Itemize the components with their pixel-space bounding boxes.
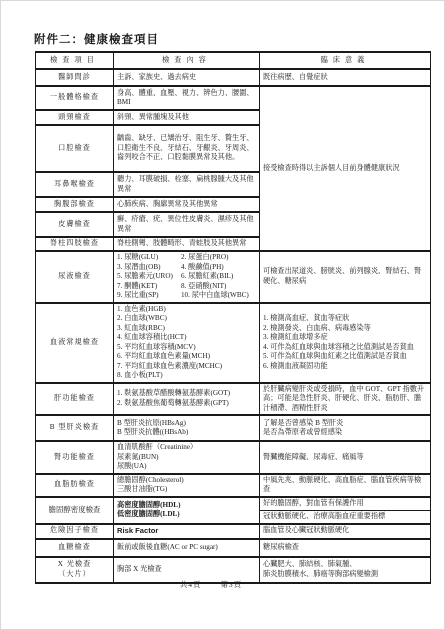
content-risk-factor: Risk Factor [114, 524, 260, 539]
content-head-neck: 斜頸、異常腫塊及其他 [114, 110, 260, 125]
row-label-hepatitis-b: B 型肝炎檢查 [36, 415, 114, 441]
content-liver-function: 1. 麩氨基酸草醋酸轉氨基酵素(GOT) 2. 麩氨基酸焦葡萄轉氨基酵素(GPT… [114, 383, 260, 416]
row-label-urine: 尿液檢查 [36, 251, 114, 303]
content-urine: 1. 尿糖(GLU)2. 尿蛋白(PRO) 3. 尿潛血(OB)4. 酸鹼值(P… [114, 251, 260, 303]
col-header-item: 檢查項目 [36, 52, 114, 69]
row-label-chest-abdomen: 胸腹部檢查 [36, 197, 114, 212]
row-label-ent: 耳鼻喉檢查 [36, 172, 114, 197]
table-row: 血糖檢查 飯前或飯後血糖(AC or PC sugar) 糖尿病檢查 [36, 539, 431, 557]
content-blood-lipid: 總膽固醇(Cholesterol) 三酸甘油脂(TG) [114, 474, 260, 497]
row-label-blood-routine: 血液常規檢查 [36, 303, 114, 383]
document-page: 附件二：健康檢查項目 檢查項目 檢查內容 臨床意義 醫師問診 主訴、家族史、過去… [0, 0, 445, 630]
col-header-content: 檢查內容 [114, 52, 260, 69]
row-label-blood-lipid: 血脂肪檢查 [36, 474, 114, 497]
content-blood-sugar: 飯前或飯後血糖(AC or PC sugar) [114, 539, 260, 557]
table-row: 醫師問診 主訴、家族史、過去病史 既往病歷、自覺症狀 [36, 69, 431, 86]
clinical-merged-physical-exams: 接受檢查時得以主訴個人目前身體健康狀況 [260, 86, 431, 251]
table-row: 尿液檢查 1. 尿糖(GLU)2. 尿蛋白(PRO) 3. 尿潛血(OB)4. … [36, 251, 431, 303]
clinical-renal-function: 腎臟機能障礙、尿毒症、痛風等 [260, 441, 431, 474]
health-check-table: 檢查項目 檢查內容 臨床意義 醫師問診 主訴、家族史、過去病史 既往病歷、自覺症… [35, 51, 431, 584]
row-label-physician-interview: 醫師問診 [36, 69, 114, 86]
row-label-blood-sugar: 血糖檢查 [36, 539, 114, 557]
table-row: 一般體格檢查 身高、體重、血壓、視力、辨色力、腰圍、BMI 接受檢查時得以主訴個… [36, 86, 431, 110]
row-label-spine-limbs: 脊柱四肢檢查 [36, 237, 114, 251]
table-row: 危險因子檢查 Risk Factor 腦血管及心臟冠狀動脈硬化 [36, 524, 431, 539]
header-row: 檢查項目 檢查內容 臨床意義 [36, 52, 431, 69]
row-label-renal-function: 腎功能檢查 [36, 441, 114, 474]
row-label-head-neck: 頭頸檢查 [36, 110, 114, 125]
col-header-clinical: 臨床意義 [260, 52, 431, 69]
content-renal-function: 血清肌酸酐（Creatinine） 尿素氮(BUN) 尿酸(UA) [114, 441, 260, 474]
content-spine-limbs: 脊柱側彎、肢體畸形、青蛙肢及其他異常 [114, 237, 260, 251]
content-oral: 齲齒、缺牙、已矯治牙、阻生牙、贅生牙、口腔衛生不良、牙結石、牙齦炎、牙周炎、齒列… [114, 125, 260, 172]
content-blood-routine: 1. 血色素(HGB) 2. 白血球(WBC) 3. 紅血球(RBC) 4. 紅… [114, 303, 260, 383]
content-general-physique: 身高、體重、血壓、視力、辨色力、腰圍、BMI [114, 86, 260, 110]
content-skin: 癬、疥瘡、疣、異位性皮膚炎、濕疹及其他異常 [114, 212, 260, 237]
row-label-general-physique: 一般體格檢查 [36, 86, 114, 110]
table-row: B 型肝炎檢查 B 型肝炎抗原(HBsAg) B 型肝炎抗體((HBsAb) 了… [36, 415, 431, 441]
clinical-hepatitis-b: 了解是否曾感染 B 型肝炎 是否為帶原者或曾經感染 [260, 415, 431, 441]
row-label-liver-function: 肝功能檢查 [36, 383, 114, 416]
clinical-physician-interview: 既往病歷、自覺症狀 [260, 69, 431, 86]
table-row: 血液常規檢查 1. 血色素(HGB) 2. 白血球(WBC) 3. 紅血球(RB… [36, 303, 431, 383]
clinical-cholesterol-density: 好的膽固醇，對血管有保護作用 冠狀動脈硬化、治療高脂血症重要指標 [260, 497, 431, 524]
row-label-skin: 皮膚檢查 [36, 212, 114, 237]
content-ent: 聽力、耳膜破損、栓塞、扁桃腺腫大及其他異常 [114, 172, 260, 197]
clinical-urine: 可檢查出尿道炎、膀胱炎、前列腺炎、腎結石、腎硬化、糖尿病 [260, 251, 431, 303]
table-row: 肝功能檢查 1. 麩氨基酸草醋酸轉氨基酵素(GOT) 2. 麩氨基酸焦葡萄轉氨基… [36, 383, 431, 416]
table-row: 血脂肪檢查 總膽固醇(Cholesterol) 三酸甘油脂(TG) 中風先兆、動… [36, 474, 431, 497]
clinical-blood-lipid: 中風先兆、動脈硬化、高血脂症、腦血管疾病等檢查 [260, 474, 431, 497]
content-physician-interview: 主訴、家族史、過去病史 [114, 69, 260, 86]
footer-current-page: 第3頁 [220, 580, 242, 589]
page-footer: 共4頁 第3頁 [1, 579, 421, 590]
content-hepatitis-b: B 型肝炎抗原(HBsAg) B 型肝炎抗體((HBsAb) [114, 415, 260, 441]
table-row: 腎功能檢查 血清肌酸酐（Creatinine） 尿素氮(BUN) 尿酸(UA) … [36, 441, 431, 474]
row-label-cholesterol-density: 膽固醇密度檢查 [36, 497, 114, 524]
row-label-oral: 口腔檢查 [36, 125, 114, 172]
clinical-blood-sugar: 糖尿病檢查 [260, 539, 431, 557]
table-row: 膽固醇密度檢查 高密度膽固醇(HDL) 低密度膽固醇(LDL) 好的膽固醇，對血… [36, 497, 431, 524]
row-label-risk-factor: 危險因子檢查 [36, 524, 114, 539]
content-cholesterol-density: 高密度膽固醇(HDL) 低密度膽固醇(LDL) [114, 497, 260, 524]
page-title: 附件二：健康檢查項目 [34, 31, 159, 47]
footer-total-pages: 共4頁 [180, 580, 202, 589]
content-chest-abdomen: 心肺疾病、胸廓異常及其他異常 [114, 197, 260, 212]
clinical-risk-factor: 腦血管及心臟冠狀動脈硬化 [260, 524, 431, 539]
clinical-blood-routine: 1. 檢測高血症、貧血等症狀 2. 檢測發炎、白血病、病毒感染等 3. 檢測紅血… [260, 303, 431, 383]
clinical-liver-function: 於肝臟病變肝炎或受損時，血中 GOT、GPT 指數升高；可能是急性肝炎、肝硬化、… [260, 383, 431, 416]
